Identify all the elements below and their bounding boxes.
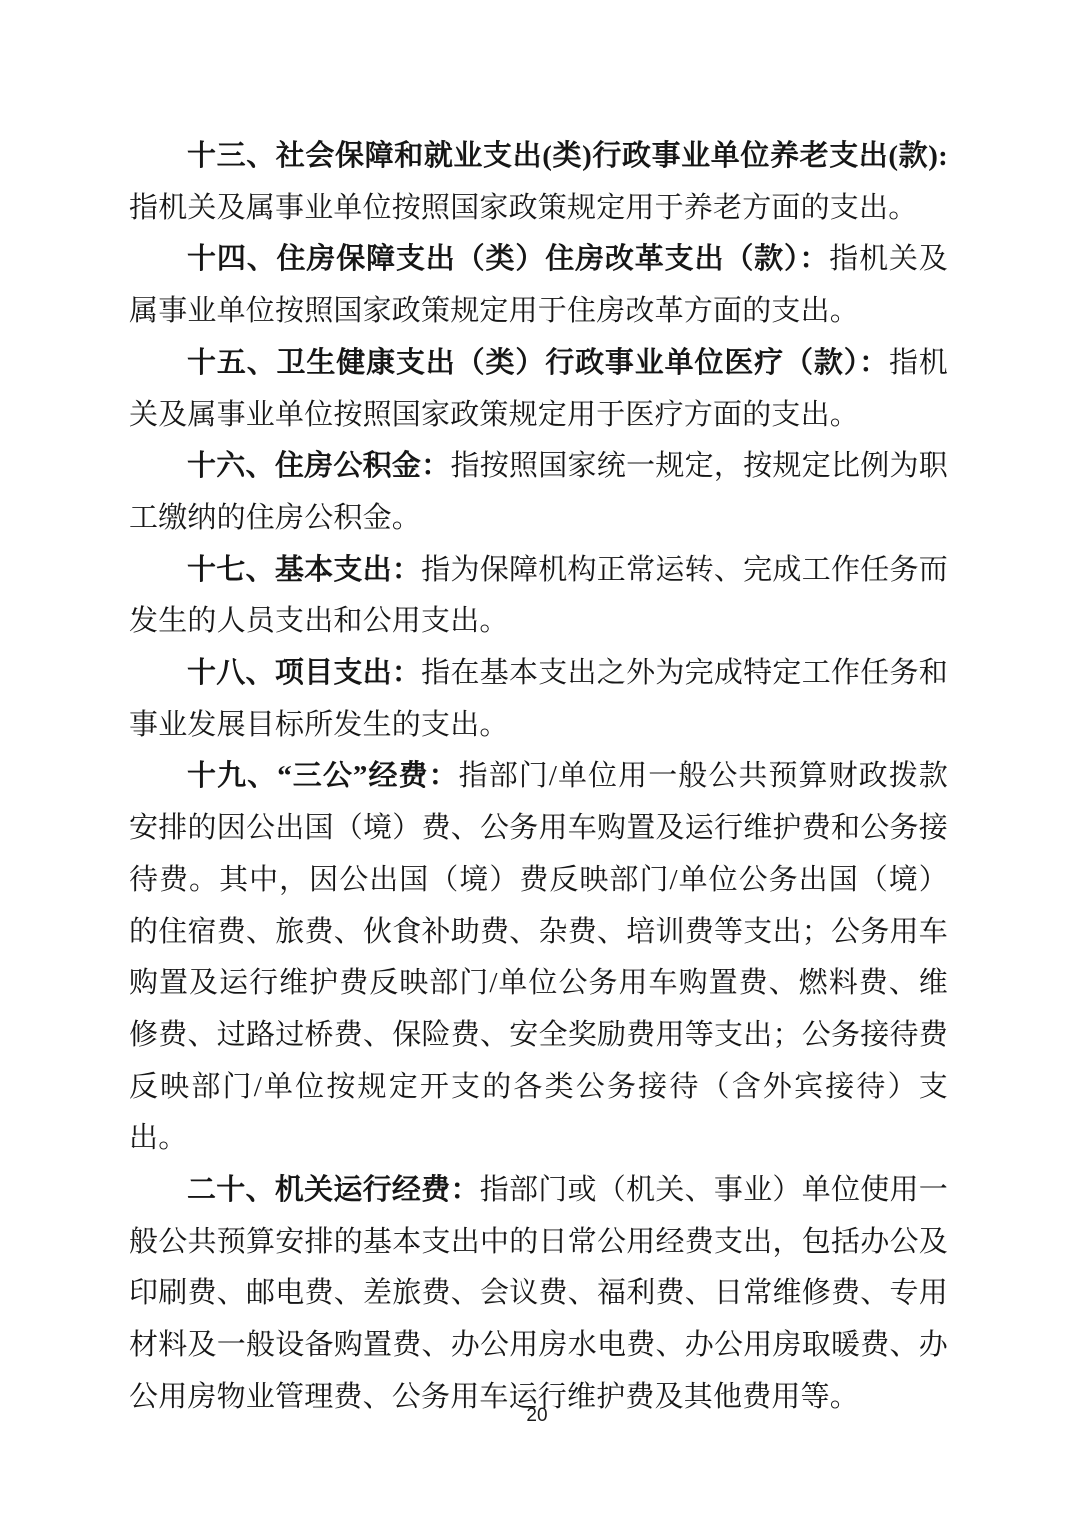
- term-heading-13: 十三、社会保障和就业支出(类)行政事业单位养老支出(款):: [187, 140, 948, 172]
- definition-paragraph-19: 十九、“三公”经费：指部门/单位用一般公共预算财政拨款安排的因公出国（境）费、公…: [129, 751, 948, 1165]
- definition-paragraph-13: 十三、社会保障和就业支出(类)行政事业单位养老支出(款):指机关及属事业单位按照…: [129, 131, 948, 234]
- term-definition-13: 指机关及属事业单位按照国家政策规定用于养老方面的支出。: [129, 192, 917, 224]
- document-page: 十三、社会保障和就业支出(类)行政事业单位养老支出(款):指机关及属事业单位按照…: [0, 0, 1074, 1520]
- definition-paragraph-15: 十五、卫生健康支出（类）行政事业单位医疗（款）：指机关及属事业单位按照国家政策规…: [129, 338, 948, 441]
- definition-paragraph-16: 十六、住房公积金：指按照国家统一规定，按规定比例为职工缴纳的住房公积金。: [129, 441, 948, 544]
- definition-paragraph-17: 十七、基本支出：指为保障机构正常运转、完成工作任务而发生的人员支出和公用支出。: [129, 545, 948, 648]
- term-heading-14: 十四、住房保障支出（类）住房改革支出（款）：: [187, 243, 829, 275]
- term-heading-16: 十六、住房公积金：: [187, 450, 450, 482]
- term-heading-18: 十八、项目支出：: [187, 657, 421, 689]
- term-definition-19: 指部门/单位用一般公共预算财政拨款安排的因公出国（境）费、公务用车购置及运行维护…: [129, 760, 948, 1154]
- term-heading-20: 二十、机关运行经费：: [187, 1174, 480, 1206]
- term-definition-20: 指部门或（机关、事业）单位使用一般公共预算安排的基本支出中的日常公用经费支出，包…: [129, 1174, 948, 1413]
- term-heading-17: 十七、基本支出：: [187, 554, 421, 586]
- term-heading-15: 十五、卫生健康支出（类）行政事业单位医疗（款）：: [187, 347, 889, 379]
- page-number: 20: [0, 1405, 1074, 1427]
- term-heading-19: 十九、“三公”经费：: [187, 760, 459, 792]
- definition-paragraph-18: 十八、项目支出：指在基本支出之外为完成特定工作任务和事业发展目标所发生的支出。: [129, 648, 948, 751]
- definition-paragraph-14: 十四、住房保障支出（类）住房改革支出（款）：指机关及属事业单位按照国家政策规定用…: [129, 234, 948, 337]
- definition-paragraph-20: 二十、机关运行经费：指部门或（机关、事业）单位使用一般公共预算安排的基本支出中的…: [129, 1165, 948, 1424]
- definitions-text-block: 十三、社会保障和就业支出(类)行政事业单位养老支出(款):指机关及属事业单位按照…: [129, 131, 948, 1424]
